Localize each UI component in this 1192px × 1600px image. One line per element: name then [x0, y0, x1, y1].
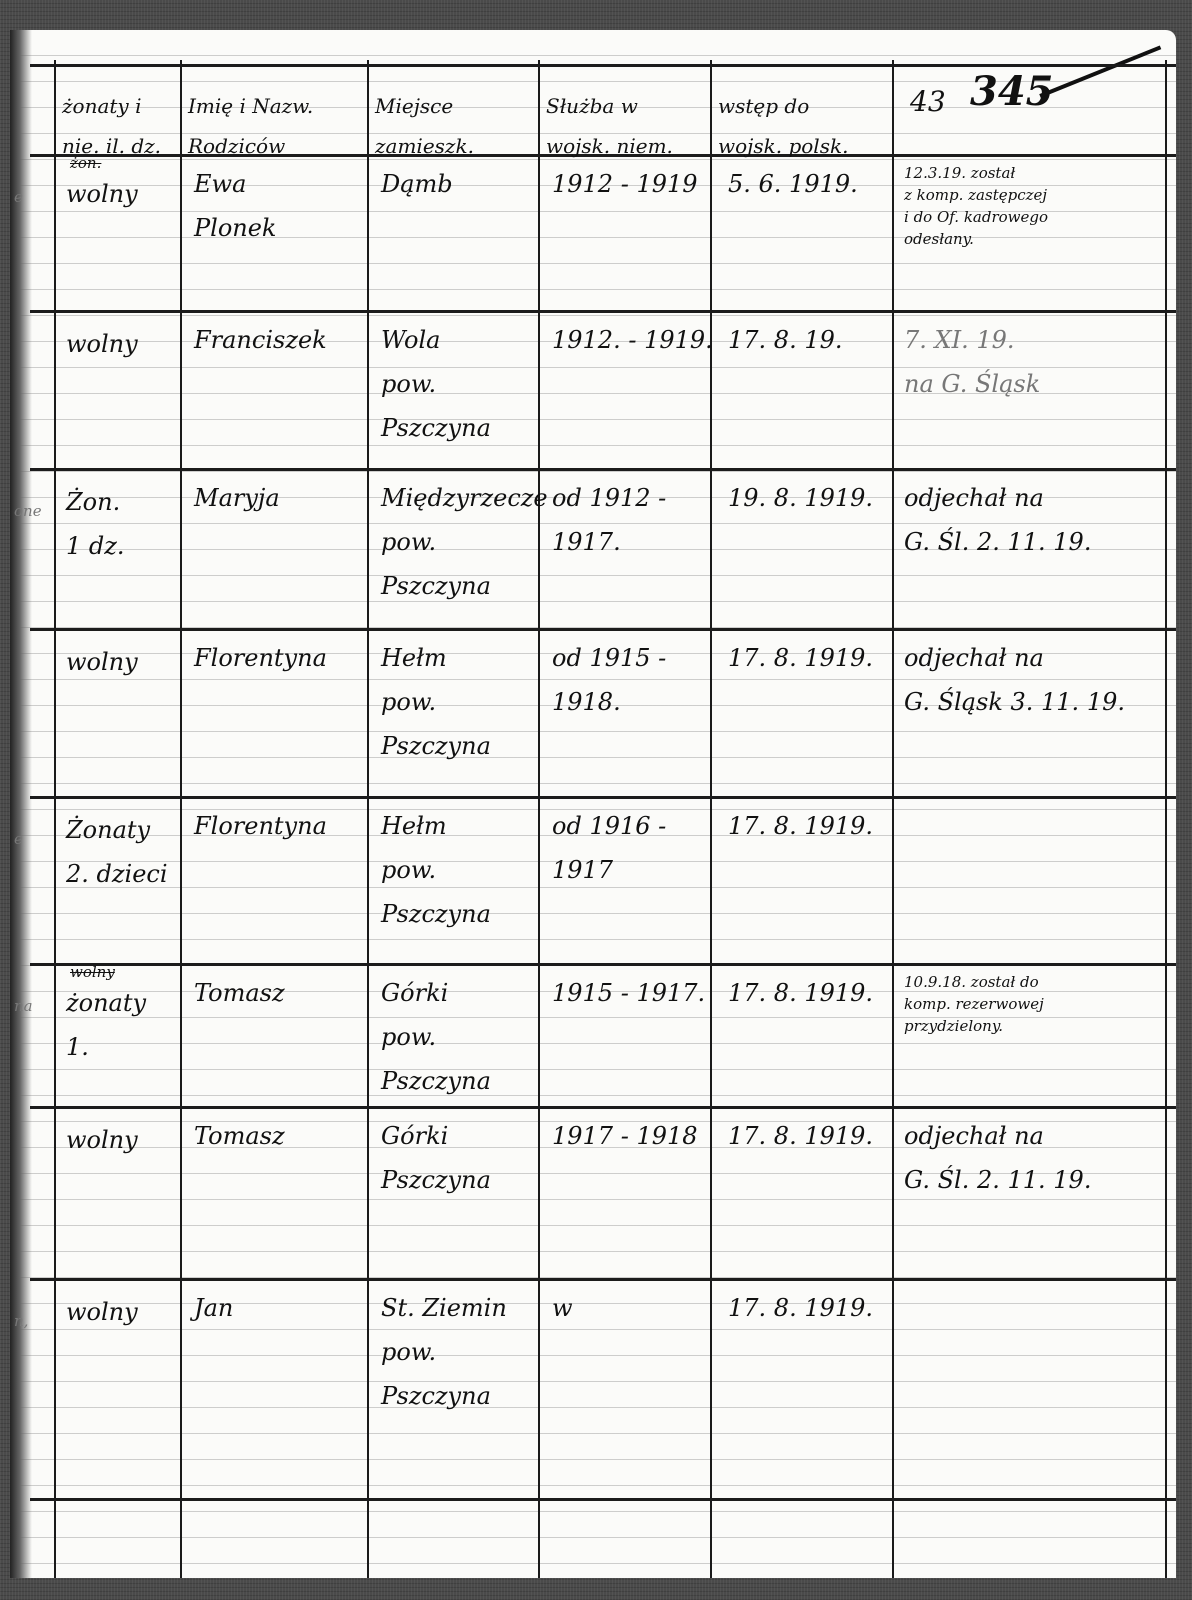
- parents-name: Jan: [194, 1286, 372, 1330]
- parents-name: Florentyna: [194, 804, 372, 848]
- column-divider: [54, 60, 56, 1578]
- remarks: 12.3.19. został z komp. zastępczej i do …: [904, 162, 1166, 250]
- row-divider: [30, 796, 1176, 799]
- marital-status: żonaty 1.: [66, 981, 184, 1069]
- register-page: 43 345 żonaty i nie. il. dz.Imię i Nazw.…: [10, 30, 1176, 1578]
- column-header-german-service: Służba w wojsk. niem.: [546, 86, 710, 166]
- marital-status: Żonaty 2. dzieci: [66, 808, 184, 896]
- residence: Międzyrzecze pow. Pszczyna: [381, 476, 545, 608]
- row-divider: [30, 1278, 1176, 1281]
- margin-note: e: [14, 186, 44, 208]
- remarks: odjechał na G. Śl. 2. 11. 19.: [904, 476, 1166, 564]
- polish-army-entry-date: 17. 8. 19.: [728, 318, 902, 362]
- margin-note: n,: [14, 1310, 44, 1332]
- parents-name: Florentyna: [194, 636, 372, 680]
- german-service-years: 1912 - 1919: [552, 162, 716, 206]
- marital-status: wolny: [66, 1118, 184, 1162]
- column-header-parents: Imię i Nazw. Rodziców: [188, 86, 366, 166]
- column-header-residence: Miejsce zamieszk.: [375, 86, 539, 166]
- column-divider: [1165, 60, 1167, 1578]
- margin-note: e: [14, 828, 44, 850]
- german-service-years: od 1916 - 1917: [552, 804, 716, 892]
- polish-army-entry-date: 17. 8. 1919.: [728, 971, 902, 1015]
- marital-status: wolny: [66, 1290, 184, 1334]
- polish-army-entry-date: 19. 8. 1919.: [728, 476, 902, 520]
- marital-status-struck: wolny: [70, 961, 188, 983]
- residence: Górki Pszczyna: [381, 1114, 545, 1202]
- binding-shadow: [10, 30, 32, 1578]
- german-service-years: 1917 - 1918: [552, 1114, 716, 1158]
- page-number-old: 43: [910, 80, 946, 124]
- parents-name: Tomasz: [194, 971, 372, 1015]
- row-divider: [30, 1106, 1176, 1109]
- parents-name: Tomasz: [194, 1114, 372, 1158]
- polish-army-entry-date: 5. 6. 1919.: [728, 162, 902, 206]
- german-service-years: 1912. - 1919.: [552, 318, 716, 362]
- row-divider: [30, 963, 1176, 966]
- remarks: odjechał na G. Śląsk 3. 11. 19.: [904, 636, 1166, 724]
- parents-name: Ewa Plonek: [194, 162, 372, 250]
- german-service-years: od 1912 - 1917.: [552, 476, 716, 564]
- residence: Górki pow. Pszczyna: [381, 971, 545, 1103]
- row-divider: [30, 1498, 1176, 1501]
- row-divider: [30, 64, 1176, 67]
- row-divider: [30, 628, 1176, 631]
- polish-army-entry-date: 17. 8. 1919.: [728, 1286, 902, 1330]
- german-service-years: w: [552, 1286, 716, 1330]
- german-service-years: 1915 - 1917.: [552, 971, 716, 1015]
- marital-status: wolny: [66, 322, 184, 366]
- margin-note: one: [14, 500, 44, 522]
- marital-status: wolny: [66, 172, 184, 216]
- german-service-years: od 1915 - 1918.: [552, 636, 716, 724]
- marital-status: wolny: [66, 640, 184, 684]
- polish-army-entry-date: 17. 8. 1919.: [728, 636, 902, 680]
- residence: Dąmb: [381, 162, 545, 206]
- residence: Hełm pow. Pszczyna: [381, 804, 545, 936]
- marital-status: Żon. 1 dz.: [66, 480, 184, 568]
- row-divider: [30, 468, 1176, 471]
- polish-army-entry-date: 17. 8. 1919.: [728, 804, 902, 848]
- residence: Hełm pow. Pszczyna: [381, 636, 545, 768]
- remarks: odjechał na G. Śl. 2. 11. 19.: [904, 1114, 1166, 1202]
- remarks: 10.9.18. został do komp. rezerwowej przy…: [904, 971, 1166, 1037]
- remarks: 7. XI. 19. na G. Śląsk: [904, 318, 1166, 406]
- residence: St. Ziemin pow. Pszczyna: [381, 1286, 545, 1418]
- parents-name: Franciszek: [194, 318, 372, 362]
- residence: Wola pow. Pszczyna: [381, 318, 545, 450]
- margin-note: na: [14, 995, 44, 1017]
- row-divider: [30, 310, 1176, 313]
- column-header-polish-entry: wstęp do wojsk. polsk.: [718, 86, 892, 166]
- page-number: 345: [970, 70, 1054, 114]
- polish-army-entry-date: 17. 8. 1919.: [728, 1114, 902, 1158]
- parents-name: Maryja: [194, 476, 372, 520]
- marital-status-struck: żon.: [70, 152, 188, 174]
